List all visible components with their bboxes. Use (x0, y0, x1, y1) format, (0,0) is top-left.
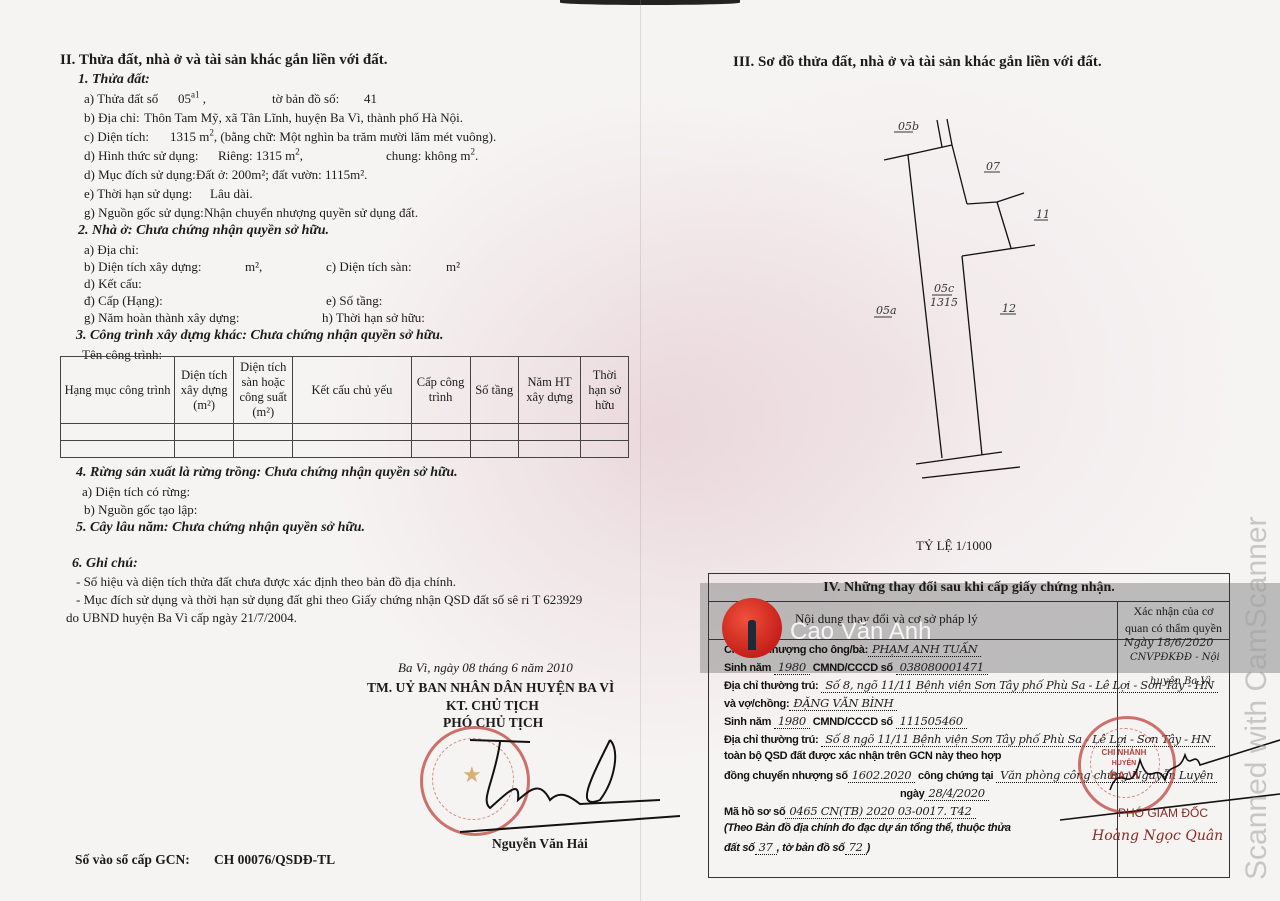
table-cell (581, 424, 629, 441)
confirm-district: huyện Ba Vì (1150, 676, 1211, 687)
land-heading: 1. Thửa đất: (78, 72, 150, 88)
house-grade: đ) Cấp (Hạng): (84, 293, 163, 309)
col-confirm-header: Xác nhận của cơ quan có thẩm quyền (1118, 601, 1229, 637)
purpose-value: Đất ở: 200m²; đất vườn: 1115m². (196, 167, 367, 183)
table-cell (411, 441, 470, 458)
contract-date-line: ngày28/4/2020 (900, 786, 989, 800)
house-floor-unit: m² (446, 259, 460, 275)
house-year: g) Năm hoàn thành xây dựng: (84, 310, 239, 326)
area-label: c) Diện tích: (84, 129, 149, 145)
new-parcel-line: đất số37, tờ bản đồ số72) (724, 840, 870, 854)
table-cell (234, 424, 293, 441)
table-cell (518, 441, 581, 458)
forest-area: a) Diện tích có rừng: (82, 484, 190, 500)
house-build-area: b) Diện tích xây dựng: (84, 259, 202, 275)
watermark-name: Cao Văn Anh (790, 618, 931, 646)
section-4-title: IV. Những thay đổi sau khi cấp giấy chứn… (709, 574, 1229, 602)
house-own-term: h) Thời hạn sở hữu: (322, 310, 425, 326)
register-number: CH 00076/QSDĐ-TL (214, 852, 335, 868)
works-col-header: Hạng mục công trình (61, 357, 175, 424)
forest-origin: b) Nguồn gốc tạo lập: (84, 502, 197, 518)
watermark-avatar (722, 598, 782, 658)
works-col-header: Năm HT xây dựng (518, 357, 581, 424)
section-3-title: III. Sơ đồ thửa đất, nhà ở và tài sản kh… (733, 54, 1102, 71)
table-cell (61, 424, 175, 441)
origin-value: Nhận chuyển nhượng quyền sử dụng đất. (204, 205, 418, 221)
table-cell (411, 424, 470, 441)
table-cell (175, 441, 234, 458)
svg-text:11: 11 (1036, 208, 1050, 221)
parcel-label: a) Thửa đất số (84, 91, 158, 107)
house-build-unit: m², (245, 259, 262, 275)
perennial-heading: 5. Cây lâu năm: Chưa chứng nhận quyền sở… (76, 520, 365, 536)
purpose-label: d) Mục đích sử dụng: (84, 167, 196, 183)
confirm-signer: Hoàng Ngọc Quân (1092, 828, 1223, 844)
svg-text:1315: 1315 (930, 296, 958, 309)
use-shared: chung: không m2. (386, 148, 478, 164)
table-cell (293, 441, 411, 458)
note-line-3: do UBND huyện Ba Vì cấp ngày 21/7/2004. (66, 610, 297, 626)
register-label: Số vào sổ cấp GCN: (75, 852, 190, 868)
svg-text:07: 07 (986, 160, 1000, 173)
note-line-2: - Mục đích sử dụng và thời hạn sử dụng đ… (76, 592, 582, 608)
svg-text:05a: 05a (876, 304, 897, 317)
works-col-header: Diện tích sàn hoặc công suất (m²) (234, 357, 293, 424)
table-cell (293, 424, 411, 441)
scan-edge-shadow (560, 0, 740, 5)
confirm-role: PHÓ GIÁM ĐỐC (1118, 806, 1208, 820)
confirm-date: Ngày 18/6/2020 (1124, 636, 1213, 649)
area-value: 1315 m2, (bằng chữ: Một nghìn ba trăm mư… (170, 129, 496, 145)
house-floor-area: c) Diện tích sàn: (326, 259, 412, 275)
file-number-line: Mã hồ sơ số0465 CN(TB) 2020 03-0017. T42 (724, 804, 976, 818)
sheet-number: 41 (364, 91, 377, 107)
works-col-header: Thời hạn sở hữu (581, 357, 629, 424)
works-col-header: Cấp công trình (411, 357, 470, 424)
use-private: Riêng: 1315 m2, (218, 148, 303, 164)
forest-heading: 4. Rừng sản xuất là rừng trồng: Chưa chứ… (76, 465, 458, 481)
parcel-number: 05a1 , (178, 91, 206, 107)
table-cell (61, 441, 175, 458)
table-cell (518, 424, 581, 441)
svg-text:12: 12 (1002, 302, 1016, 315)
land-plot-sketch: 05b 07 11 05c 1315 12 05a (850, 100, 1080, 480)
term-label: e) Thời hạn sử dụng: (84, 186, 192, 202)
works-col-header: Kết cấu chủ yếu (293, 357, 411, 424)
signature-scribble (440, 720, 680, 840)
note-line-1: - Số hiệu và diện tích thửa đất chưa đượ… (76, 574, 456, 590)
sheet-label: tờ bản đồ số: (272, 91, 339, 107)
house-address: a) Địa chỉ: (84, 242, 139, 258)
table-row (61, 441, 629, 458)
address-label: b) Địa chỉ: (84, 110, 140, 126)
term-value: Lâu dài. (210, 186, 253, 202)
other-works-heading: 3. Công trình xây dựng khác: Chưa chứng … (76, 328, 443, 344)
signer-name: Nguyễn Văn Hải (492, 836, 588, 852)
birth-id-line-2: Sinh năm 1980 CMND/CCCD số 111505460 (724, 714, 967, 728)
issuer-org: TM. UỶ BAN NHÂN DÂN HUYỆN BA VÌ (367, 680, 614, 696)
works-col-header: Diện tích xây dựng (m²) (175, 357, 234, 424)
spouse-line: và vợ/chồng:ĐẶNG VĂN BÌNH (724, 696, 897, 710)
address-line-1: Địa chỉ thường trú: Số 8, ngõ 11/11 Bệnh… (724, 678, 1218, 692)
house-structure: d) Kết cấu: (84, 276, 142, 292)
svg-text:05b: 05b (898, 120, 919, 133)
confirm-org: CNVPĐKĐĐ - Nội (1130, 652, 1220, 663)
sign-date-line: Ba Vì, ngày 08 tháng 6 năm 2010 (398, 660, 573, 676)
house-floors: e) Số tầng: (326, 293, 382, 309)
plot-scale: TỶ LỆ 1/1000 (916, 538, 992, 554)
camscanner-watermark: Scanned with CamScanner (1240, 516, 1274, 880)
notes-heading: 6. Ghi chú: (72, 556, 138, 572)
table-cell (234, 441, 293, 458)
table-cell (470, 441, 518, 458)
origin-label: g) Nguồn gốc sử dụng: (84, 205, 204, 221)
section-2-title: II. Thửa đất, nhà ở và tài sản khác gắn … (60, 52, 388, 69)
land-address: Thôn Tam Mỹ, xã Tân Lĩnh, huyện Ba Vì, t… (144, 110, 463, 126)
table-row (61, 424, 629, 441)
issuer-role-1: KT. CHỦ TỊCH (446, 698, 539, 714)
table-cell (175, 424, 234, 441)
svg-text:05c: 05c (934, 282, 954, 295)
whole-rights-line: toàn bộ QSD đất được xác nhận trên GCN n… (724, 750, 1001, 762)
birth-id-line-1: Sinh năm 1980 CMND/CCCD số 038080001471 (724, 660, 988, 674)
works-col-header: Số tầng (470, 357, 518, 424)
map-note-line: (Theo Bản đồ địa chính đo đạc dự án tổng… (724, 822, 1011, 834)
other-works-table: Hạng mục công trìnhDiện tích xây dựng (m… (60, 356, 629, 458)
use-form-label: d) Hình thức sử dụng: (84, 148, 198, 164)
house-heading: 2. Nhà ở: Chưa chứng nhận quyền sở hữu. (78, 223, 329, 239)
table-cell (470, 424, 518, 441)
table-cell (581, 441, 629, 458)
